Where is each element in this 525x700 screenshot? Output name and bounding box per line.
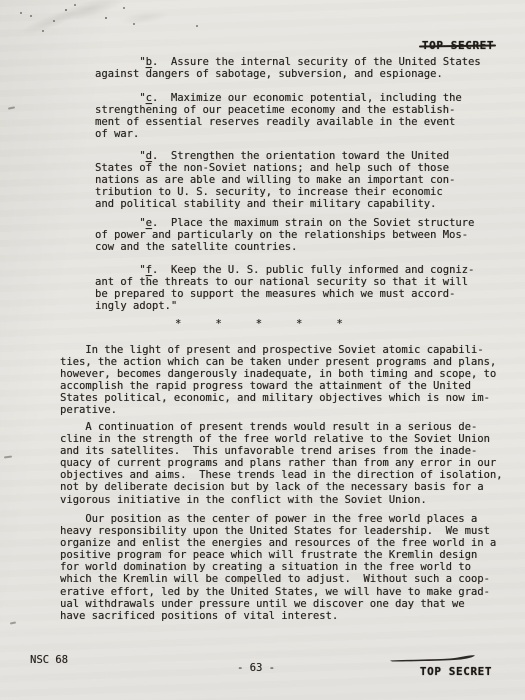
quote-prefix: " — [95, 56, 146, 68]
classification-stamp-text: TOP SECRET — [422, 39, 494, 52]
smudge-mark — [18, 6, 81, 39]
quote-prefix: " — [95, 217, 146, 229]
strike-swoosh-line — [388, 650, 480, 668]
speckle — [53, 20, 55, 22]
speckle — [133, 23, 135, 25]
speckle — [105, 17, 107, 19]
pencil-mark — [4, 455, 12, 458]
page-number: - 63 - — [237, 662, 275, 674]
speckle — [20, 12, 22, 14]
document-page: TOP SECRET "b. Assure the internal secur… — [0, 0, 525, 700]
speckle — [30, 15, 32, 17]
speckle — [74, 4, 76, 6]
subparagraph-text: . Place the maximum strain on the Soviet… — [95, 217, 474, 253]
quoted-subparagraph-c: "c. Maximize our economic potential, inc… — [95, 92, 462, 140]
quoted-subparagraph-b: "b. Assure the internal security of the … — [95, 56, 481, 80]
body-paragraph-2: A continuation of present trends would r… — [60, 421, 503, 506]
speckle — [65, 9, 67, 11]
document-id: NSC 68 — [30, 654, 68, 666]
body-paragraph-3: Our position as the center of power in t… — [60, 513, 496, 622]
smudge-mark — [51, 0, 127, 26]
quote-prefix: " — [95, 264, 146, 276]
subparagraph-text: . Assure the internal security of the Un… — [95, 56, 481, 80]
speckle — [196, 25, 198, 27]
subparagraph-text: . Keep the U. S. public fully informed a… — [95, 264, 474, 312]
quoted-subparagraph-f: "f. Keep the U. S. public fully informed… — [95, 264, 474, 312]
speckle — [123, 7, 125, 9]
body-paragraph-1: In the light of present and prospective … — [60, 344, 496, 417]
speckle — [42, 30, 44, 32]
pencil-mark — [10, 621, 16, 624]
quoted-subparagraph-d: "d. Strengthen the orientation toward th… — [95, 150, 455, 210]
pencil-mark — [8, 106, 15, 109]
quoted-subparagraph-e: "e. Place the maximum strain on the Sovi… — [95, 217, 474, 253]
asterisk-separator: * * * * * — [175, 318, 343, 330]
quote-prefix: " — [95, 92, 146, 104]
quote-prefix: " — [95, 150, 146, 162]
smudge-mark — [117, 8, 170, 27]
